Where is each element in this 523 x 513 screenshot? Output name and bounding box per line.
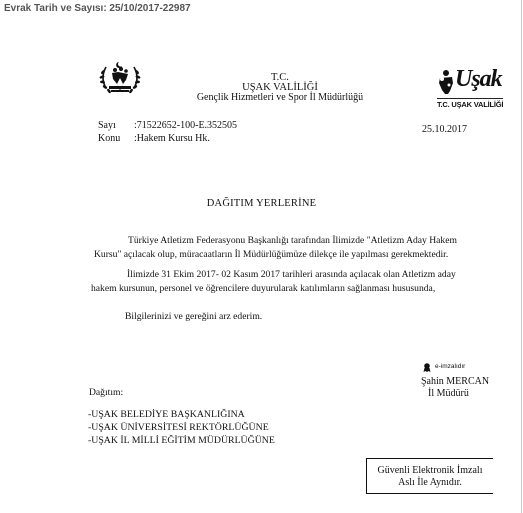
distribution-item: -UŞAK ÜNİVERSİTESİ REKTÖRLÜĞÜNE: [88, 421, 275, 434]
document-reference: Evrak Tarih ve Sayısı: 25/10/2017-22987: [4, 3, 191, 14]
signer-title: İl Müdürü: [428, 388, 508, 400]
document-number-value: :71522652-100-E.352505: [134, 120, 237, 132]
ministry-emblem-icon: [96, 58, 144, 100]
paragraph-1-line-1: Türkiye Atletizm Federasyonu Başkanlığı …: [128, 234, 457, 247]
distribution-label: Dağıtım:: [89, 387, 123, 398]
usak-city-logo-icon: Uşak T.C. UŞAK VALİLİĞİ: [437, 67, 505, 111]
usak-figure-icon: [437, 69, 455, 95]
signature-block: e-imzalıdır Şahin MERCAN İl Müdürü: [418, 361, 508, 400]
paragraph-2-line-1: İlimizde 31 Ekim 2017- 02 Kasım 2017 tar…: [127, 268, 456, 281]
addressee-heading: DAĞITIM YERLERİNE: [0, 198, 523, 209]
paragraph-2-line-2: hakem kursunun, personel ve öğrencilere …: [91, 282, 435, 295]
e-signature-indicator: e-imzalıdır: [423, 361, 508, 373]
page-edge-divider: [521, 0, 522, 513]
usak-wordmark: Uşak: [455, 67, 502, 91]
paragraph-1-line-2: Kursu" açılacak olup, müracaatların İl M…: [94, 248, 448, 261]
e-signature-label: e-imzalıdır: [435, 361, 465, 373]
signer-name: Şahin MERCAN: [421, 376, 508, 388]
distribution-item: -UŞAK BELEDİYE BAŞKANLIĞINA: [88, 408, 275, 421]
usak-logo-caption: T.C. UŞAK VALİLİĞİ: [437, 98, 503, 109]
stamp-line-1: Güvenli Elektronik İmzalı: [367, 465, 493, 477]
subject-label: Konu: [98, 133, 120, 145]
closing-line: Bilgilerinizi ve gereğini arz ederim.: [125, 310, 262, 323]
distribution-list: -UŞAK BELEDİYE BAŞKANLIĞINA -UŞAK ÜNİVER…: [88, 408, 275, 447]
stamp-line-2: Aslı İle Aynıdır.: [367, 477, 493, 489]
document-date: 25.10.2017: [422, 124, 467, 135]
document-number-label: Sayı: [98, 120, 116, 132]
letterhead-department: Gençlik Hizmetleri ve Spor İl Müdürlüğü: [180, 93, 380, 103]
subject-value: :Hakem Kursu Hk.: [134, 133, 210, 145]
e-signature-icon: [423, 363, 431, 372]
distribution-item: -UŞAK İL MİLLİ EĞİTİM MÜDÜRLÜĞÜNE: [88, 434, 275, 447]
letterhead-title: T.C. UŞAK VALİLİĞİ Gençlik Hizmetleri ve…: [180, 73, 380, 103]
secure-signature-stamp: Güvenli Elektronik İmzalı Aslı İle Aynıd…: [366, 458, 493, 494]
